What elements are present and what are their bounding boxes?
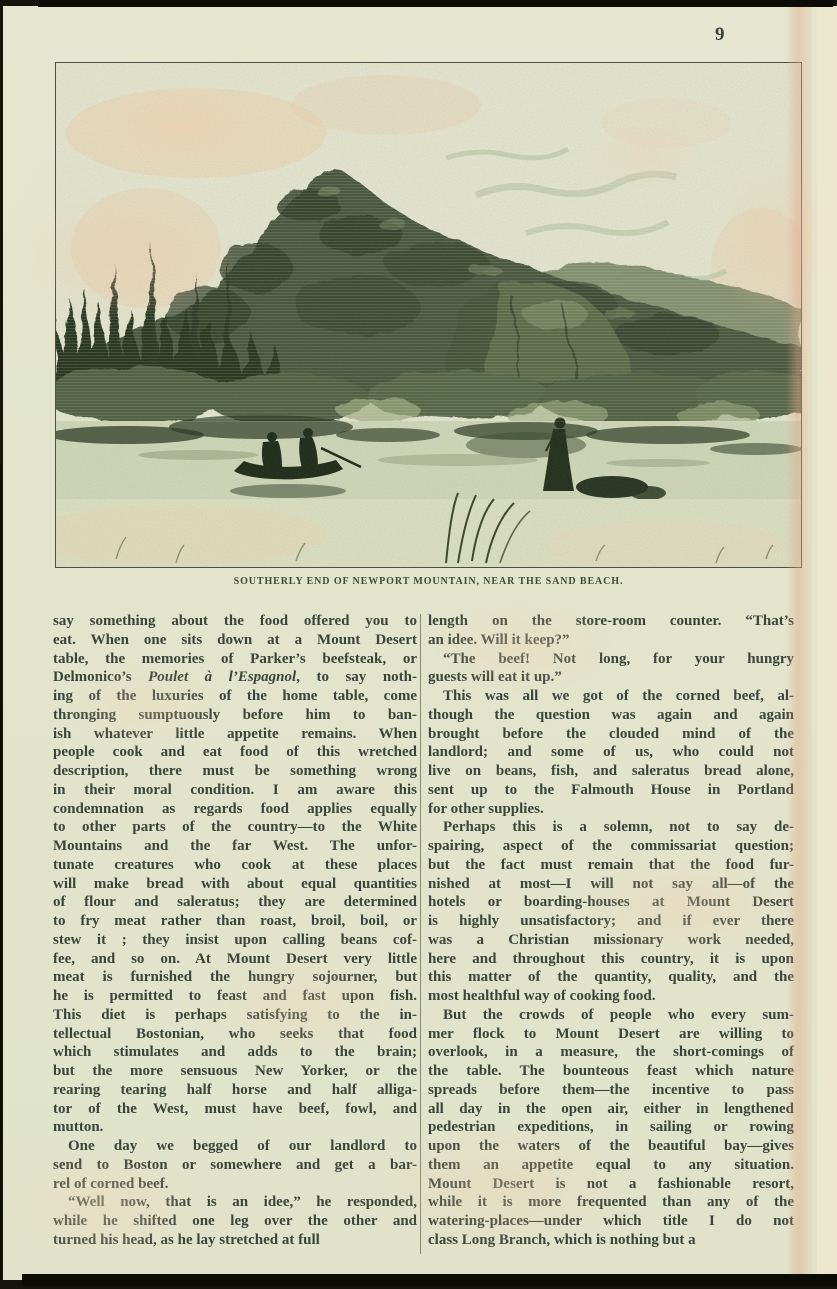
text-line: to other parts of the country—to the Whi… — [53, 818, 417, 837]
text-line: rel of corned beef. — [53, 1175, 417, 1194]
text-line: “Well now, that is an idee,” he responde… — [53, 1193, 417, 1212]
text-line: was a Christian missionary work needed, — [428, 931, 794, 950]
text-line: class Long Branch, which is nothing but … — [428, 1231, 794, 1250]
text-line: ing of the luxuries of the home table, c… — [53, 687, 417, 706]
text-line: watering-places—under which title I do n… — [428, 1212, 794, 1231]
text-line: all day in the open air, either in lengt… — [428, 1100, 794, 1119]
text-line: an idee. Will it keep?” — [428, 631, 794, 650]
text-line: thronging sumptuously before him to ban- — [53, 706, 417, 725]
text-line: which stimulates and adds to the brain; — [53, 1043, 417, 1062]
text-line: the table. The bounteous feast which nat… — [428, 1062, 794, 1081]
page-surface: 9 — [3, 6, 837, 1280]
text-line: in their moral condition. I am aware thi… — [53, 781, 417, 800]
text-line: But the crowds of people who every sum- — [428, 1006, 794, 1025]
text-line: Mountains and the far West. The unfor- — [53, 837, 417, 856]
text-line: sent up to the Falmouth House in Portlan… — [428, 781, 794, 800]
text-line: upon the waters of the beautiful bay—giv… — [428, 1137, 794, 1156]
text-line: guests will eat it up.” — [428, 668, 794, 687]
text-line: ish whatever little appetite remains. Wh… — [53, 725, 417, 744]
text-line: most healthful way of cooking food. — [428, 987, 794, 1006]
text-line: live on beans, fish, and saleratus bread… — [428, 762, 794, 781]
text-line: Mount Desert is not a fashionable resort… — [428, 1175, 794, 1194]
text-line: “The beef! Not long, for your hungry — [428, 650, 794, 669]
grain-overlay — [56, 63, 801, 567]
text-line: One day we begged of our landlord to — [53, 1137, 417, 1156]
text-line: will make bread with about equal quantit… — [53, 875, 417, 894]
text-line: them an appetite equal to any situation. — [428, 1156, 794, 1175]
text-line: though the question was again and again — [428, 706, 794, 725]
text-line: Delmonico’s Poulet à l’Espagnol, to say … — [53, 668, 417, 687]
text-line: eat. When one sits down at a Mount Deser… — [53, 631, 417, 650]
text-line: is highly unsatisfactory; and if ever th… — [428, 912, 794, 931]
text-line: spairing, aspect of the commissariat que… — [428, 837, 794, 856]
text-line: landlord; and some of us, who could not — [428, 743, 794, 762]
text-line: he is permitted to feast and fast upon f… — [53, 987, 417, 1006]
text-line: send to Boston or somewhere and get a ba… — [53, 1156, 417, 1175]
text-line: description, there must be something wro… — [53, 762, 417, 781]
text-line: this matter of the quantity, quality, an… — [428, 968, 794, 987]
text-line: nished at most—I will not say all—of the — [428, 875, 794, 894]
page-right-edge — [817, 6, 837, 1280]
scan-edge-left — [0, 464, 2, 1280]
text-line: Perhaps this is a solemn, not to say de- — [428, 818, 794, 837]
illustration-caption: SOUTHERLY END OF NEWPORT MOUNTAIN, NEAR … — [55, 576, 802, 587]
scan-edge-bottom — [22, 1274, 837, 1286]
text-line: people cook and eat food of this wretche… — [53, 743, 417, 762]
text-line: brought before the clouded mind of the — [428, 725, 794, 744]
text-line: overlook, in a measure, the short-coming… — [428, 1043, 794, 1062]
text-line: This was all we got of the corned beef, … — [428, 687, 794, 706]
text-line: spreads before them—the incentive to pas… — [428, 1081, 794, 1100]
text-line: tellectual Bostonian, who seeks that foo… — [53, 1025, 417, 1044]
text-line: table, the memories of Parker’s beefstea… — [53, 650, 417, 669]
text-line: here and throughout this country, it is … — [428, 950, 794, 969]
column-divider — [420, 614, 421, 1254]
text-line: while he shifted one leg over the other … — [53, 1212, 417, 1231]
text-line: to fry meat rather than roast, broil, bo… — [53, 912, 417, 931]
text-line: while it is more frequented than any of … — [428, 1193, 794, 1212]
text-line: meat is furnished the hungry sojourner, … — [53, 968, 417, 987]
text-column-left: say something about the food offered you… — [53, 612, 417, 1250]
text-line: condemnation as regards food applies equ… — [53, 800, 417, 819]
text-line: hotels or boarding-houses at Mount Deser… — [428, 893, 794, 912]
scanned-book-page: { "page": { "number": "9" }, "illustrati… — [0, 0, 837, 1289]
text-line: but the more sensuous New Yorker, or the — [53, 1062, 417, 1081]
text-line: turned his head, as he lay stretched at … — [53, 1231, 417, 1250]
text-line: rearing tearing half horse and half alli… — [53, 1081, 417, 1100]
text-line: stew it ; they insist upon calling beans… — [53, 931, 417, 950]
text-line: mer flock to Mount Desert are willing to — [428, 1025, 794, 1044]
text-line: tor of the West, must have beef, fowl, a… — [53, 1100, 417, 1119]
text-line: mutton. — [53, 1118, 417, 1137]
text-line: pedestrian expeditions, in sailing or ro… — [428, 1118, 794, 1137]
text-line: length on the store-room counter. “That’… — [428, 612, 794, 631]
engraving-newport-mountain — [56, 63, 801, 567]
illustration-frame — [55, 62, 802, 568]
text-column-right: length on the store-room counter. “That’… — [428, 612, 794, 1250]
page-number: 9 — [715, 24, 726, 46]
text-line: for other supplies. — [428, 800, 794, 819]
scan-edge-top — [38, 0, 833, 7]
text-line: but the fact must remain that the food f… — [428, 856, 794, 875]
text-line: tunate creatures who cook at these place… — [53, 856, 417, 875]
text-line: say something about the food offered you… — [53, 612, 417, 631]
text-line: This diet is perhaps satisfying to the i… — [53, 1006, 417, 1025]
text-line: fee, and so on. At Mount Desert very lit… — [53, 950, 417, 969]
text-line: of flour and saleratus; they are determi… — [53, 893, 417, 912]
